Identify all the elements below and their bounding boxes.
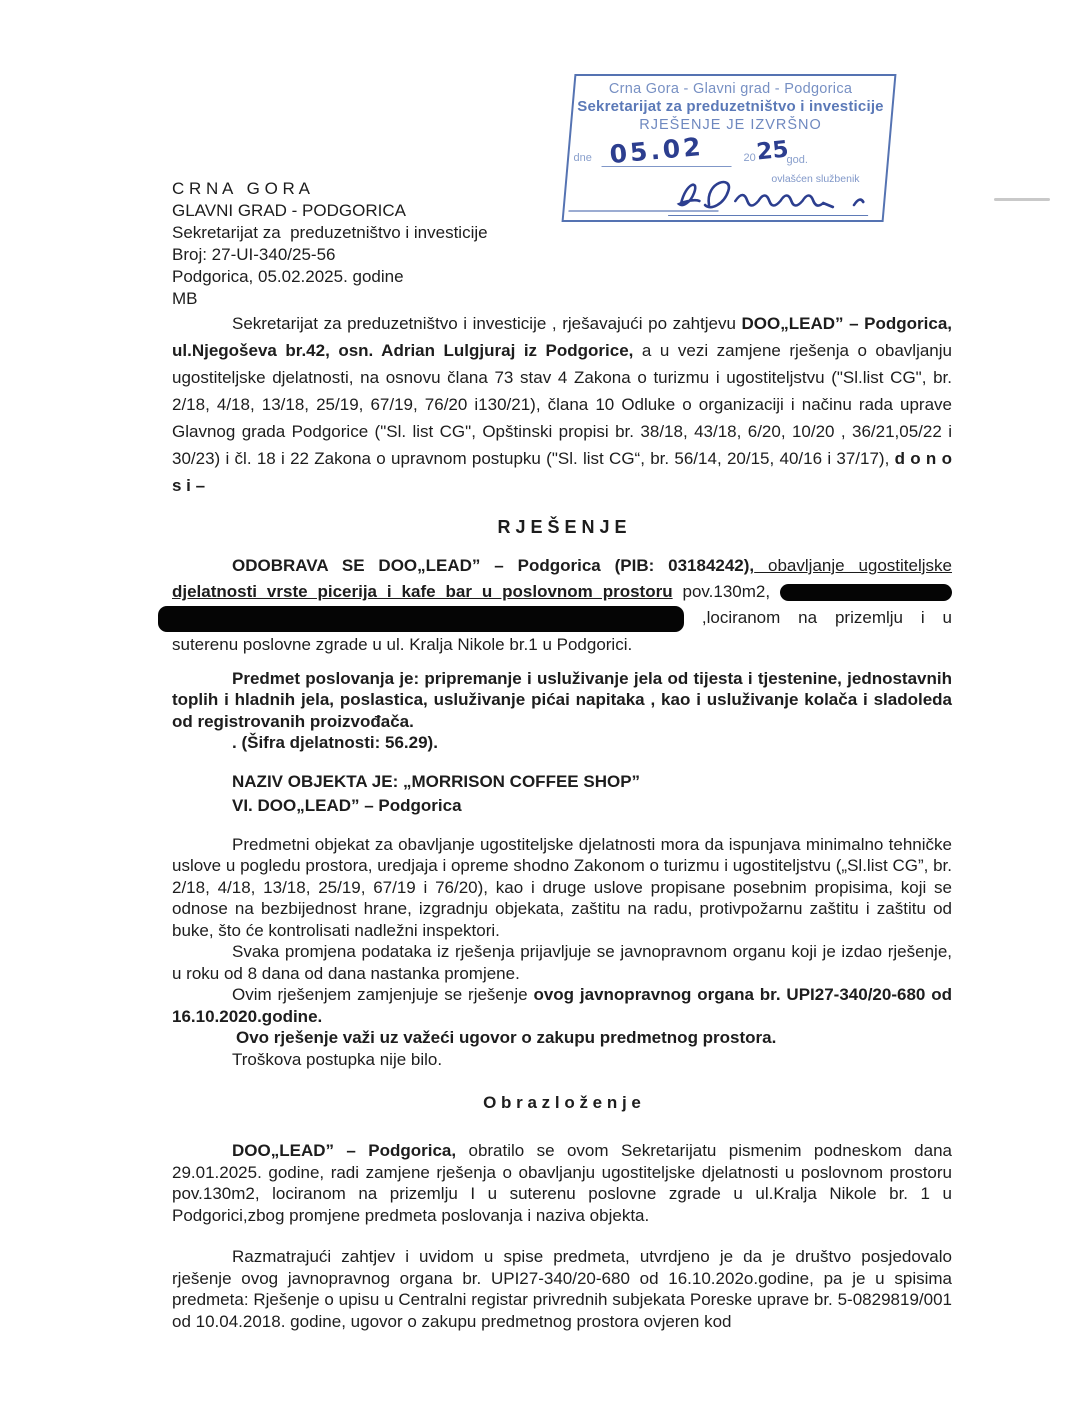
object-name-line: NAZIV OBJEKTA JE: „MORRISON COFFEE SHOP” [172, 770, 952, 794]
stamp-date-row: dne 05.02 20 25 god. [572, 140, 890, 174]
letterhead: C R N A G O R A GLAVNI GRAD - PODGORICA … [172, 178, 952, 310]
intro-text-2: a u vezi zamjene rješenja o obavljanju u… [172, 341, 952, 468]
decision-approval-bold: ODOBRAVA SE DOO„LEAD” – Podgorica (PIB: … [232, 556, 754, 575]
letterhead-initials: MB [172, 288, 952, 310]
replacement-text: Ovim rješenjem zamjenjuje se rješenje [232, 985, 533, 1004]
letterhead-place-date: Podgorica, 05.02.2025. godine [172, 266, 952, 288]
explanation-paragraph-2: Razmatrajući zahtjev i uvidom u spise pr… [172, 1246, 952, 1332]
letterhead-department: Sekretarijat za preduzetništvo i investi… [172, 222, 952, 244]
replacement-paragraph: Ovim rješenjem zamjenjuje se rješenje ov… [172, 984, 952, 1027]
letterhead-city: GLAVNI GRAD - PODGORICA [172, 200, 952, 222]
activity-code-line: . (Šifra djelatnosti: 56.29). [172, 732, 952, 754]
decision-title: R J E Š E N J E [172, 514, 952, 541]
validity-line: Ovo rješenje važi uz važeći ugovor o zak… [172, 1027, 952, 1049]
document-page: Crna Gora - Glavni grad - Podgorica Sekr… [0, 0, 1088, 1408]
document-body: C R N A G O R A GLAVNI GRAD - PODGORICA … [172, 178, 952, 1332]
letterhead-country: C R N A G O R A [172, 178, 952, 200]
decision-paragraph: ODOBRAVA SE DOO„LEAD” – Podgorica (PIB: … [172, 553, 952, 658]
costs-line: Troškova postupka nije bilo. [172, 1049, 952, 1071]
business-subject-paragraph: Predmet poslovanja je: pripremanje i usl… [172, 668, 952, 733]
decision-area-text: pov.130m2, [673, 582, 780, 601]
conditions-paragraph: Predmetni objekat za obavljanje ugostite… [172, 834, 952, 942]
intro-paragraph: Sekretarijat za preduzetništvo i investi… [172, 310, 952, 499]
explanation-company-bold: DOO„LEAD” – Podgorica, [232, 1141, 456, 1160]
redaction-bar-1 [780, 584, 952, 601]
stamp-executed-line: RJEŠENJE JE IZVRŠNO [572, 116, 890, 134]
owner-line: VI. DOO„LEAD” – Podgorica [172, 794, 952, 818]
stamp-year-prefix: 20 [744, 152, 756, 164]
decision-underlined-bold: djelatnosti vrste picerija i kafe bar u … [172, 582, 673, 601]
stamp-authority-line: Crna Gora - Glavni grad - Podgorica [572, 81, 890, 98]
stamp-handwritten-year: 25 [755, 136, 790, 165]
intro-text-1: Sekretarijat za preduzetništvo i investi… [232, 314, 742, 333]
stamp-content: Crna Gora - Glavni grad - Podgorica Sekr… [572, 76, 890, 185]
stamp-secretariat-line: Sekretarijat za preduzetništvo i investi… [572, 98, 890, 116]
change-notice-paragraph: Svaka promjena podataka iz rješenja prij… [172, 941, 952, 984]
letterhead-case-number: Broj: 27-UI-340/25-56 [172, 244, 952, 266]
explanation-paragraph-1: DOO„LEAD” – Podgorica, obratilo se ovom … [172, 1140, 952, 1226]
scan-artifact-dash [994, 198, 1050, 201]
stamp-year-suffix: god. [787, 154, 808, 166]
explanation-title: O b r a z l o ž e n j e [172, 1092, 952, 1114]
decision-underlined-1: obavljanje ugostiteljske [754, 556, 952, 575]
stamp-handwritten-date: 05.02 [608, 132, 704, 169]
stamp-date-prefix: dne [574, 152, 592, 164]
redaction-bar-2 [158, 606, 684, 632]
